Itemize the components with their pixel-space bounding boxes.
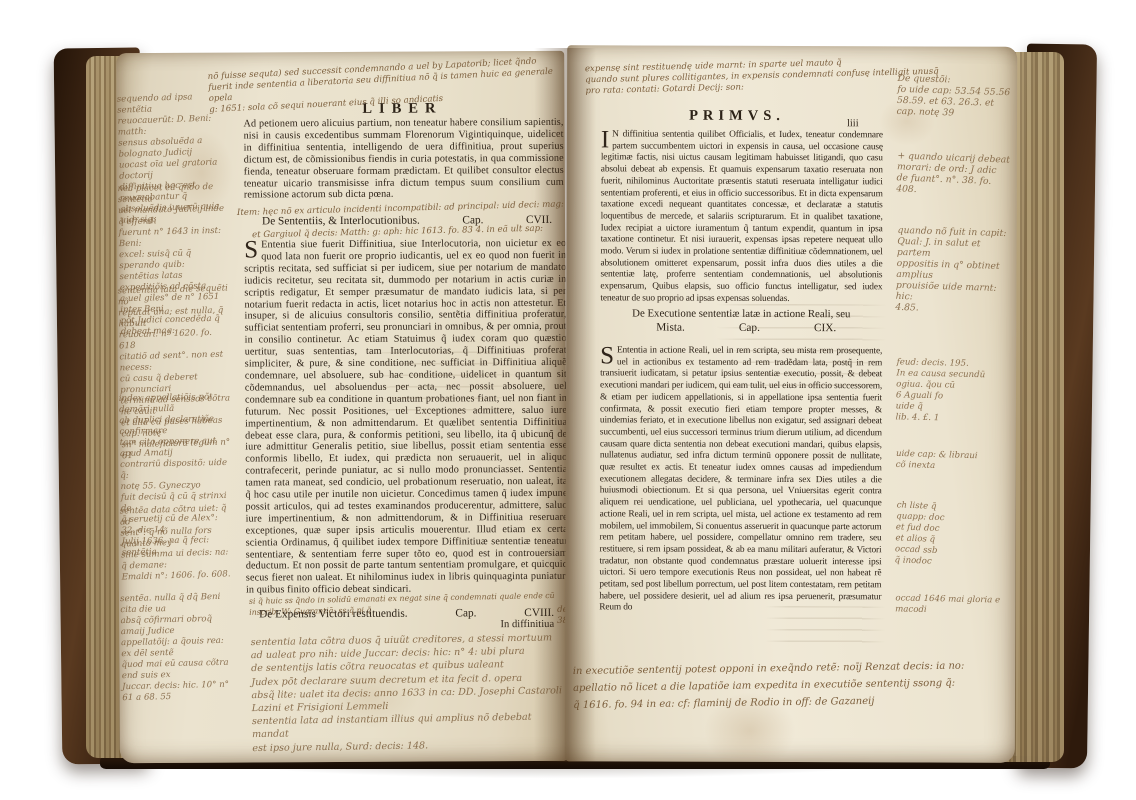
right-margin-note: + quando uicarij debeat morari: de ord: … — [896, 150, 1016, 198]
chapter-108-text: N diffinitiua sententia quilibet Officia… — [600, 129, 883, 303]
left-margin-note: sentẽa. nulla q̃ dq̃ Beni cita die ua ab… — [120, 592, 236, 705]
right-bottom-manuscript-block: in executiõe sententij potest opponi in … — [573, 657, 1010, 714]
right-margin-note: feud: decis. 195. In ea causa secundū og… — [895, 357, 1014, 425]
chapter-108-cap-label: Cap. — [455, 607, 476, 619]
chapter-107-dropcap: S — [244, 239, 261, 261]
right-margin-note: ch liste q̃ quapp: doc et fud doc et ali… — [894, 500, 1014, 570]
chapter-108-title: De Expensis Victori restituendis. — [259, 608, 408, 621]
chapter-109-cap-number: CIX. — [814, 322, 836, 334]
chapter-108-body: IN diffinitiua sententia quilibet Offici… — [600, 129, 883, 306]
chapter-108-cap-number: CVIII. — [524, 607, 554, 619]
folio-number: liii — [847, 118, 859, 129]
chapter-108-dropcap: I — [601, 129, 612, 151]
right-page: expensę sint restituendę uide marnt: in … — [565, 45, 1017, 763]
left-margin-note: sentẽa data cõtra uiet: q̃ ad sent°: q̃ … — [120, 503, 234, 583]
chapter-107-title: De Sententiis, & Interlocutionibus. — [262, 215, 420, 228]
chapter-109-dropcap: S — [600, 345, 617, 367]
running-header-right: PRIMVS. — [601, 107, 873, 125]
chapter-107-body: SEntentia siue fuerit Diffinitiua, siue … — [244, 238, 568, 597]
chapter-109-body: SEntentia in actione Reali, uel in rem s… — [599, 345, 882, 615]
right-top-marginalia: expensę sint restituendę uide marnt: in … — [585, 56, 946, 98]
right-margin-note: occad 1646 mai gloria e macodi — [895, 593, 1013, 617]
right-margin-note: De questõi: fo uide cap: 53.54 55.56 58.… — [896, 73, 1015, 120]
running-header-left: LIBER — [243, 100, 561, 119]
left-page: nõ fuisse sequta) sed successit condemna… — [116, 51, 568, 763]
chapter-109-heading-row: Mista. Cap. CIX. — [656, 322, 836, 335]
chapter-109-title-line2: Mista. — [656, 322, 685, 334]
chapter-107-text: Ententia siue fuerit Diffinitiua, siue I… — [244, 238, 568, 596]
intro-paragraph: Ad petionem uero alicuius partium, non t… — [243, 117, 563, 202]
chapter-109-heading-line1: De Executione sententiæ latæ in actione … — [600, 307, 882, 320]
left-bottom-manuscript-block: sententia lata cõtra duos q̃ uiuũt credi… — [251, 631, 568, 755]
right-margin-note: uide cap: & libraui cõ inexta — [895, 449, 1014, 474]
chapter-109-text: Ententia in actione Reali, uel in rem sc… — [599, 345, 882, 613]
chapter-108-subheading: In diffinitiua — [246, 619, 554, 632]
chapter-109-cap-label: Cap. — [739, 322, 760, 334]
right-margin-note: quando nõ fuit in capit: Qual: J. in sal… — [895, 225, 1016, 316]
